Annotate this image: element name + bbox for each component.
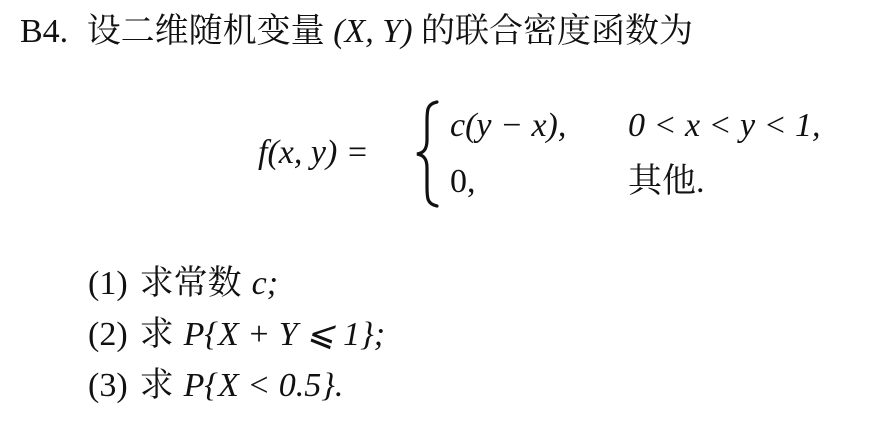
case-1-expression: c(y − x),	[450, 104, 566, 148]
question-expr: P{X < 0.5}.	[184, 367, 344, 404]
question-label: (3)	[88, 367, 128, 404]
question-expr: P{X + Y ⩽ 1};	[184, 316, 385, 353]
question-label: (2)	[88, 316, 128, 353]
question-label: (1)	[88, 265, 128, 302]
left-brace-icon	[413, 100, 443, 208]
question-verb: 求	[140, 367, 174, 404]
question-verb: 求	[140, 316, 174, 353]
case-2-expression: 0,	[450, 160, 476, 204]
random-vector: (X, Y)	[333, 13, 412, 50]
density-lhs: f(x, y) =	[258, 131, 369, 175]
question-2: (2)求P{X + Y ⩽ 1};	[88, 313, 385, 357]
case-2-condition: 其他.	[628, 160, 705, 204]
problem-statement: B4. 设二维随机变量 (X, Y) 的联合密度函数为	[20, 10, 693, 54]
question-verb: 求常数	[140, 265, 242, 302]
question-3: (3)求P{X < 0.5}.	[88, 364, 343, 408]
problem-number: B4.	[20, 13, 68, 50]
statement-text: 设二维随机变量	[87, 13, 325, 50]
statement-tail: 的联合密度函数为	[421, 13, 693, 50]
question-expr: c;	[252, 265, 278, 302]
case-1-condition: 0 < x < y < 1,	[628, 104, 821, 148]
question-1: (1)求常数c;	[88, 262, 278, 306]
